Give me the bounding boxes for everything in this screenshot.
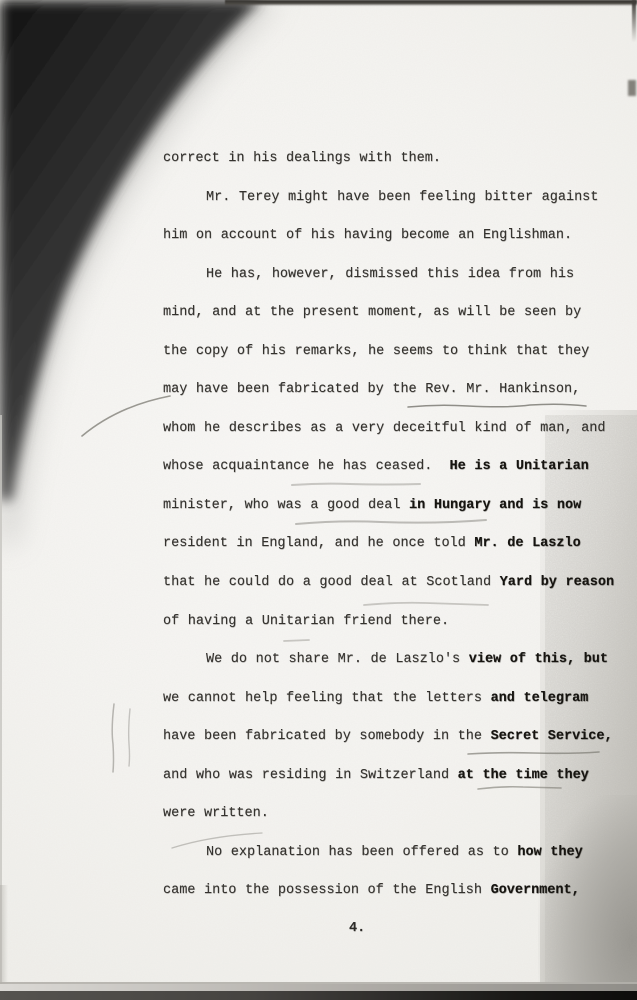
bottom-edge-light-band <box>0 984 637 991</box>
text-line: we cannot help feeling that the letters … <box>163 680 633 719</box>
text-line: came into the possession of the English … <box>163 872 633 911</box>
text-line: of having a Unitarian friend there. <box>163 603 633 642</box>
text-line: the copy of his remarks, he seems to thi… <box>163 333 633 372</box>
text-line: resident in England, and he once told Mr… <box>163 525 633 564</box>
text-line: minister, who was a good deal in Hungary… <box>163 487 633 526</box>
text-line: correct in his dealings with them. <box>163 140 633 179</box>
text-line: him on account of his having become an E… <box>163 217 633 256</box>
text-line: No explanation has been offered as to ho… <box>163 834 633 873</box>
text-line: have been fabricated by somebody in the … <box>163 718 633 757</box>
right-page-edge <box>632 0 636 42</box>
text-line: may have been fabricated by the Rev. Mr.… <box>163 371 633 410</box>
text-line: were written. <box>163 795 633 834</box>
pencil-margin-stroke-2 <box>129 709 130 766</box>
text-line: Mr. Terey might have been feeling bitter… <box>163 179 633 218</box>
text-line: and who was residing in Switzerland at t… <box>163 757 633 796</box>
typed-text: correct in his dealings with them. Mr. T… <box>163 140 633 911</box>
text-line: We do not share Mr. de Laszlo's view of … <box>163 641 633 680</box>
page-number: 4. <box>349 921 365 936</box>
text-line: that he could do a good deal at Scotland… <box>163 564 633 603</box>
text-line: whom he describes as a very deceitful ki… <box>163 410 633 449</box>
text-line: mind, and at the present moment, as will… <box>163 294 633 333</box>
pencil-margin-stroke-1 <box>112 704 114 772</box>
text-line: whose acquaintance he has ceased. He is … <box>163 448 633 487</box>
left-edge-shading <box>0 885 8 985</box>
text-line: He has, however, dismissed this idea fro… <box>163 256 633 295</box>
right-edge-notch <box>628 80 636 96</box>
bottom-edge-dark-band <box>0 991 637 1000</box>
top-page-edge <box>225 0 637 6</box>
scanned-page: correct in his dealings with them. Mr. T… <box>0 0 637 1000</box>
